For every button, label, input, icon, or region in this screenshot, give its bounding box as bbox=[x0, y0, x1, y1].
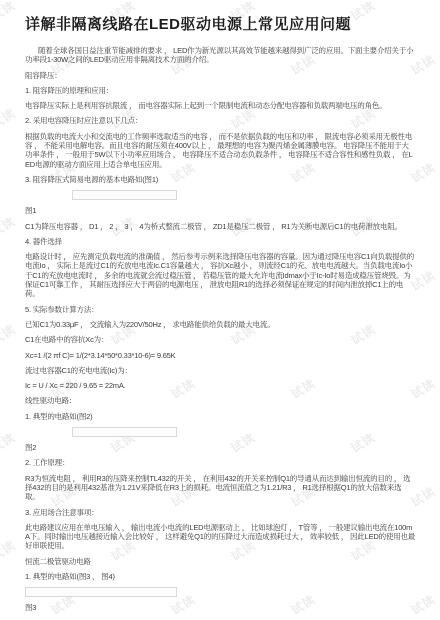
page-title: 详解非隔离线路在LED驱动电源上常见应用问题 bbox=[25, 13, 416, 34]
image-placeholder bbox=[72, 427, 177, 437]
paragraph: 4. 器件选择 bbox=[25, 237, 416, 246]
paragraph: Ic = U / Xc = 220 / 9.65 = 22mA. bbox=[25, 381, 416, 390]
paragraph: 1. 典型的电路如(图3 ， 图4) bbox=[25, 572, 416, 581]
paragraph: 图3 bbox=[25, 603, 416, 612]
paragraph: 1. 典型的电路如(图2) bbox=[25, 412, 416, 421]
paragraph: 1. 阻容降压的原理和应用： bbox=[25, 86, 416, 95]
paragraph: 5. 实际参数计算方法： bbox=[25, 305, 416, 314]
paragraph: 2. 采用电容降压时应注意以下几点： bbox=[25, 116, 416, 125]
paragraph: C1为降压电容器 ， D1 ， 2 ， 3 ， 4为桥式整流二极管 ， ZD1是… bbox=[25, 222, 416, 231]
image-placeholder bbox=[25, 587, 177, 597]
image-placeholder bbox=[72, 190, 177, 200]
document-page: 详解非隔离线路在LED驱动电源上常见应用问题 随着全球各国日益注重节能减排的要求… bbox=[0, 0, 440, 613]
paragraph: 图1 bbox=[25, 206, 416, 215]
paragraph: 2. 工作原理： bbox=[25, 458, 416, 467]
document-body: 随着全球各国日益注重节能减排的要求 ， LED作为新光源以其高效节能越来越得到广… bbox=[25, 46, 416, 613]
paragraph: 线性驱动电路： bbox=[25, 396, 416, 405]
paragraph: Xc=1 /(2 πf C)= 1/(2*3.14*50*0.33*10-6)=… bbox=[25, 351, 416, 360]
paragraph: 3. 应用场合注意事项： bbox=[25, 508, 416, 517]
paragraph: 已知C1为0.33μF ， 交流输入为220V/50Hz ， 求电路能供给负载的… bbox=[25, 320, 416, 329]
paragraph: 恒流二极管驱动电路 bbox=[25, 557, 416, 566]
paragraph: 此电路建议应用在单电压输入 ， 输出电流小电流的LED电源驱动上 ， 比如球泡灯… bbox=[25, 523, 416, 551]
paragraph: 3. 阻容降压式简易电源的基本电路如(图1) bbox=[25, 175, 416, 184]
paragraph: 随着全球各国日益注重节能减排的要求 ， LED作为新光源以其高效节能越来越得到广… bbox=[25, 46, 416, 65]
paragraph: 电容降压实际上是利用容抗限流 ， 而电容器实际上起到一个限制电流和动态分配电容器… bbox=[25, 101, 416, 110]
paragraph: 流过电容器C1的充电电流(Ic)为： bbox=[25, 366, 416, 375]
paragraph: 阻容降压： bbox=[25, 71, 416, 80]
paragraph: 图2 bbox=[25, 443, 416, 452]
paragraph: C1在电路中的容抗Xc为： bbox=[25, 335, 416, 344]
paragraph: 根据负载的电流大小和交流电的工作频率选取适当的电容 ， 而不是依据负载的电压和功… bbox=[25, 132, 416, 169]
paragraph: 电路设计时 ， 应先测定负载电流的准确值 ， 然后参考示例来选择降压电容器的容量… bbox=[25, 252, 416, 298]
paragraph: R3为恒流电阻 ， 利用R3的压降来控制TL432的开关 ， 在利用432的开关… bbox=[25, 474, 416, 502]
